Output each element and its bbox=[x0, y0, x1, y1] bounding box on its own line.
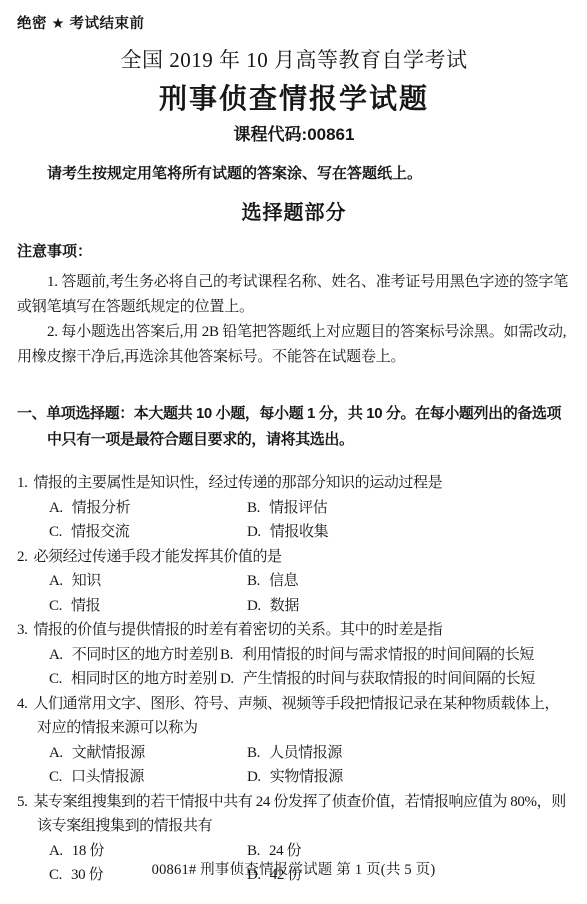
question-number: 2. bbox=[17, 549, 27, 565]
option: B.信息 bbox=[247, 569, 571, 594]
option-label: A. bbox=[49, 745, 63, 761]
option-label: C. bbox=[49, 598, 62, 614]
option: D.数据 bbox=[247, 594, 571, 619]
question-stem-text: 人们通常用文字、图形、符号、声频、视频等手段把情报记录在某种物质载体上，对应的情… bbox=[33, 696, 559, 737]
option-label: C. bbox=[49, 524, 62, 540]
answer-sheet-instruction: 请考生按规定用笔将所有试题的答案涂、写在答题纸上。 bbox=[17, 162, 571, 183]
option-row: A.知识 B.信息 C.情报 D.数据 bbox=[49, 569, 571, 618]
option-text: 知识 bbox=[72, 573, 101, 589]
option-text: 信息 bbox=[269, 573, 298, 589]
exam-title: 全国 2019 年 10 月高等教育自学考试 bbox=[17, 44, 571, 74]
paper-title: 刑事侦查情报学试题 bbox=[17, 77, 571, 117]
option-text: 人员情报源 bbox=[269, 745, 342, 761]
option: A.知识 bbox=[49, 569, 247, 594]
question: 1.情报的主要属性是知识性，经过传递的那部分知识的运动过程是 A.情报分析 B.… bbox=[17, 471, 571, 545]
question-number: 4. bbox=[17, 696, 27, 712]
option-text: 情报分析 bbox=[72, 500, 130, 516]
note-item: 2. 每小题选出答案后,用 2B 铅笔把答题纸上对应题目的答案标号涂黑。如需改动… bbox=[17, 320, 571, 370]
question-stem-text: 某专案组搜集到的若干情报中共有 24 份发挥了侦查价值，若情报响应值为 80%，… bbox=[33, 794, 565, 835]
question-stem-text: 必须经过传递手段才能发挥其价值的是 bbox=[33, 549, 281, 565]
classification-banner: 绝密 ★ 考试结束前 bbox=[17, 12, 571, 33]
option-text: 不同时区的地方时差别 bbox=[72, 647, 218, 663]
option: B.情报评估 bbox=[247, 496, 571, 521]
option-label: A. bbox=[49, 500, 63, 516]
option-text: 相同时区的地方时差别 bbox=[71, 671, 217, 687]
section-title: 选择题部分 bbox=[17, 196, 571, 225]
option: C.口头情报源 bbox=[49, 765, 247, 790]
page-footer: 00861# 刑事侦查情报学试题 第 1 页(共 5 页) bbox=[0, 858, 587, 879]
option-text: 情报评估 bbox=[269, 500, 327, 516]
option-text: 利用情报的时间与需求情报的时间间隔的长短 bbox=[242, 647, 534, 663]
exam-paper-page: 绝密 ★ 考试结束前 全国 2019 年 10 月高等教育自学考试 刑事侦查情报… bbox=[0, 0, 587, 904]
option-label: B. bbox=[247, 745, 260, 761]
option: C.情报交流 bbox=[49, 520, 247, 545]
option-row: A.情报分析 B.情报评估 C.情报交流 D.情报收集 bbox=[49, 496, 571, 545]
option-text: 口头情报源 bbox=[71, 769, 144, 785]
question-list: 1.情报的主要属性是知识性，经过传递的那部分知识的运动过程是 A.情报分析 B.… bbox=[17, 471, 571, 888]
option-label: B. bbox=[247, 500, 260, 516]
question-stem-text: 情报的主要属性是知识性，经过传递的那部分知识的运动过程是 bbox=[33, 475, 442, 491]
question-number: 1. bbox=[17, 475, 27, 491]
question-stem: 1.情报的主要属性是知识性，经过传递的那部分知识的运动过程是 bbox=[17, 471, 571, 496]
option: B.利用情报的时间与需求情报的时间间隔的长短 bbox=[220, 643, 571, 668]
option-text: 18 份 bbox=[72, 843, 104, 859]
option-label: A. bbox=[49, 843, 63, 859]
option-label: D. bbox=[220, 671, 234, 687]
option: D.实物情报源 bbox=[247, 765, 571, 790]
option-label: D. bbox=[247, 524, 261, 540]
question-number: 5. bbox=[17, 794, 27, 810]
option: D.产生情报的时间与获取情报的时间间隔的长短 bbox=[220, 667, 571, 692]
option-text: 数据 bbox=[270, 598, 299, 614]
option: C.相同时区的地方时差别 bbox=[49, 667, 220, 692]
option-label: B. bbox=[247, 843, 260, 859]
option-text: 情报交流 bbox=[71, 524, 129, 540]
option-row: A.文献情报源 B.人员情报源 C.口头情报源 D.实物情报源 bbox=[49, 741, 571, 790]
option-row: A.不同时区的地方时差别 B.利用情报的时间与需求情报的时间间隔的长短 C.相同… bbox=[49, 643, 571, 692]
notes-heading: 注意事项： bbox=[17, 240, 571, 261]
question: 2.必须经过传递手段才能发挥其价值的是 A.知识 B.信息 C.情报 D.数据 bbox=[17, 545, 571, 619]
question-stem: 3.情报的价值与提供情报的时差有着密切的关系。其中的时差是指 bbox=[17, 618, 571, 643]
option: D.情报收集 bbox=[247, 520, 571, 545]
option: A.情报分析 bbox=[49, 496, 247, 521]
option-label: B. bbox=[247, 573, 260, 589]
option: C.情报 bbox=[49, 594, 247, 619]
option-label: B. bbox=[220, 647, 233, 663]
option: A.不同时区的地方时差别 bbox=[49, 643, 220, 668]
question-stem: 2.必须经过传递手段才能发挥其价值的是 bbox=[17, 545, 571, 570]
question: 3.情报的价值与提供情报的时差有着密切的关系。其中的时差是指 A.不同时区的地方… bbox=[17, 618, 571, 692]
option-text: 产生情报的时间与获取情报的时间间隔的长短 bbox=[243, 671, 535, 687]
option-label: A. bbox=[49, 647, 63, 663]
option-label: C. bbox=[49, 769, 62, 785]
option-label: C. bbox=[49, 671, 62, 687]
question: 4.人们通常用文字、图形、符号、声频、视频等手段把情报记录在某种物质载体上，对应… bbox=[17, 692, 571, 790]
option-text: 文献情报源 bbox=[72, 745, 145, 761]
question-stem: 4.人们通常用文字、图形、符号、声频、视频等手段把情报记录在某种物质载体上，对应… bbox=[17, 692, 571, 741]
option: A.文献情报源 bbox=[49, 741, 247, 766]
note-item: 1. 答题前,考生务必将自己的考试课程名称、姓名、准考证号用黑色字迹的签字笔或钢… bbox=[17, 270, 571, 320]
question-stem: 5.某专案组搜集到的若干情报中共有 24 份发挥了侦查价值，若情报响应值为 80… bbox=[17, 790, 571, 839]
option-label: D. bbox=[247, 598, 261, 614]
part-heading: 一、单项选择题：本大题共 10 小题，每小题 1 分，共 10 分。在每小题列出… bbox=[17, 401, 571, 453]
option: B.人员情报源 bbox=[247, 741, 571, 766]
option-label: D. bbox=[247, 769, 261, 785]
question-number: 3. bbox=[17, 622, 27, 638]
option-text: 情报 bbox=[71, 598, 100, 614]
question-stem-text: 情报的价值与提供情报的时差有着密切的关系。其中的时差是指 bbox=[33, 622, 442, 638]
option-label: A. bbox=[49, 573, 63, 589]
option-text: 24 份 bbox=[269, 843, 301, 859]
option-text: 实物情报源 bbox=[270, 769, 343, 785]
option-text: 情报收集 bbox=[270, 524, 328, 540]
course-code: 课程代码:00861 bbox=[17, 120, 571, 145]
